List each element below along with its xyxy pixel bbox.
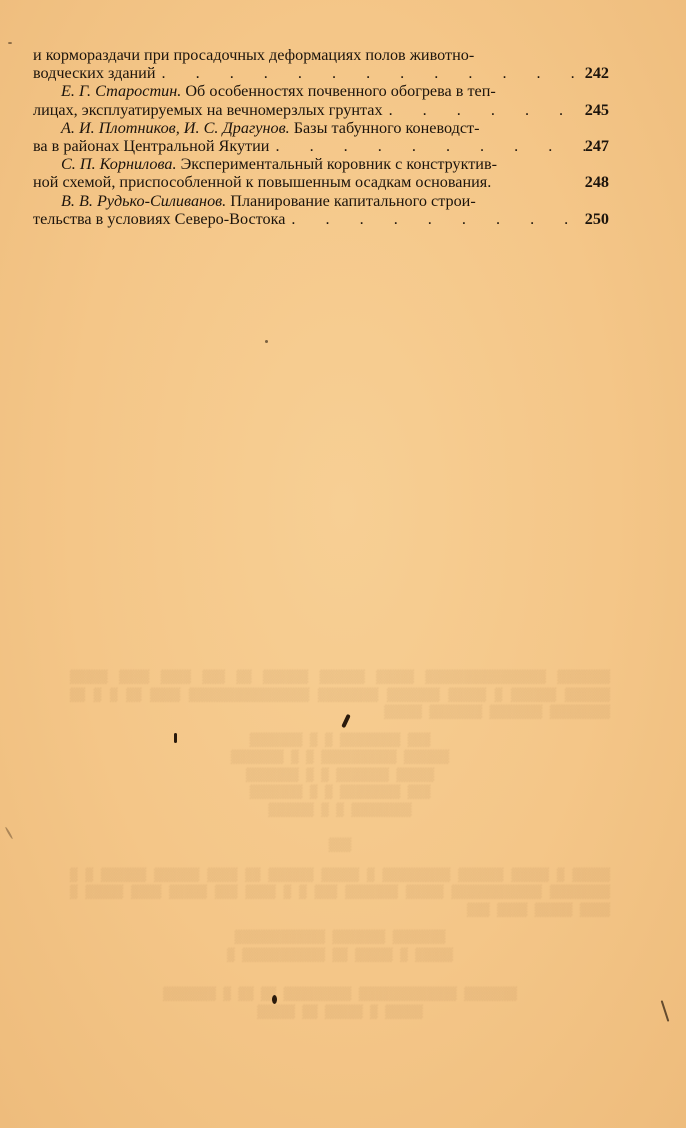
bleed-imprint: ▒▒▒▒▒ ▒ ▒▒▒▒▒ ▒▒▒▒▒▒ ▒▒▒▒▒▒▒▒▒ ▒ ▒▒▒▒▒ ▒… (70, 866, 610, 919)
author-name: В. В. Рудько-Силиванов. (61, 192, 226, 210)
dot-leader: . . . . . . . . . . . . . . . . . . . . … (156, 64, 585, 82)
dot-leader: . . . . . . . . . . . . . . . . . . . . … (383, 101, 585, 119)
toc-entry: А. И. Плотников, И. С. Драгунов. Базы та… (33, 119, 609, 155)
toc-text: ва в районах Центральной Якутии (33, 137, 269, 155)
dot-leader: . . . . . . . . . . . . . . . . . . . . … (269, 137, 584, 155)
toc-entry: и кормораздачи при просадочных деформаци… (33, 46, 609, 82)
page-number: 248 (585, 173, 609, 191)
toc-line: ва в районах Центральной Якутии . . . . … (33, 137, 609, 155)
bleed-paragraph: ▒▒▒▒▒▒▒ ▒▒▒▒▒▒▒▒▒▒▒▒▒▒▒▒ ▒▒▒▒▒ ▒▒▒▒▒▒ ▒▒… (70, 668, 610, 721)
toc-text: Экспериментальный коровник с конструктив… (181, 155, 497, 173)
toc-line: В. В. Рудько-Силиванов. Планирование кап… (33, 192, 609, 210)
toc-text: ной схемой, приспособленной к повышенным… (33, 173, 491, 191)
page-number: 245 (585, 101, 609, 119)
toc-text: лицах, эксплуатируемых на вечномерзлых г… (33, 101, 383, 119)
bleed-credit: ▒▒▒ ▒▒▒▒▒▒▒▒ ▒ ▒ ▒▒▒▒▒▒▒ (70, 731, 610, 749)
toc-text: водческих зданий (33, 64, 156, 82)
toc-line: А. И. Плотников, И. С. Драгунов. Базы та… (33, 119, 609, 137)
toc-text: Планирование капитального строи- (230, 192, 475, 210)
bleed-credit: ▒▒▒▒▒ ▒▒▒▒▒▒▒ ▒ ▒ ▒▒▒▒▒▒▒ (70, 766, 610, 784)
bleed-credit: ▒▒▒▒▒▒▒▒ ▒ ▒ ▒▒▒▒▒▒ (70, 801, 610, 819)
toc-line: ной схемой, приспособленной к повышенным… (33, 173, 609, 191)
toc-text: Базы табунного коневодст- (294, 119, 480, 137)
paper-speck (5, 826, 14, 839)
paper-speck (272, 995, 277, 1004)
paper-speck (8, 42, 12, 44)
toc-text: и кормораздачи при просадочных деформаци… (33, 46, 474, 64)
toc-entry: С. П. Корнилова. Экспериментальный коров… (33, 155, 609, 191)
toc-line: С. П. Корнилова. Экспериментальный коров… (33, 155, 609, 173)
dot-leader: . . . . . . . . . . . . . . . . . . . . … (285, 210, 584, 228)
bleed-printer: ▒▒▒▒▒▒▒ ▒▒▒▒▒▒▒▒▒▒▒▒▒ ▒▒▒▒▒▒▒▒▒ ▒▒ ▒▒ ▒ … (70, 985, 610, 1003)
bleed-credit: ▒▒▒ ▒▒▒▒▒▒▒▒ ▒ ▒ ▒▒▒▒▒▒▒ (70, 783, 610, 801)
bleed-publisher: ▒▒▒▒▒ ▒ ▒▒▒▒▒ ▒▒ ▒▒▒▒▒▒▒▒▒▒▒ ▒ (70, 946, 610, 964)
toc-text: Об особенностях почвенного обогрева в те… (185, 82, 495, 100)
author-name: А. И. Плотников, И. С. Драгунов. (61, 119, 290, 137)
bleed-code: ▒▒▒ (70, 836, 610, 854)
table-of-contents: и кормораздачи при просадочных деформаци… (33, 46, 609, 228)
toc-entry: Е. Г. Старостин. Об особенностях почвенн… (33, 82, 609, 118)
toc-line: водческих зданий . . . . . . . . . . . .… (33, 64, 609, 82)
toc-line: и кормораздачи при просадочных деформаци… (33, 46, 609, 64)
bleed-credit: ▒▒▒▒▒▒ ▒▒▒▒▒▒▒▒▒▒ ▒ ▒ ▒▒▒▒▒▒▒ (70, 748, 610, 766)
bleed-publisher: ▒▒▒▒▒▒▒ ▒▒▒▒▒▒▒ ▒▒▒▒▒▒▒▒▒▒▒▒ (70, 928, 610, 946)
paper-speck (661, 1000, 670, 1022)
toc-line: тельства в условиях Северо-Востока . . .… (33, 210, 609, 228)
paper-speck (265, 340, 268, 343)
page-number: 242 (585, 64, 609, 82)
paper-speck (174, 733, 177, 743)
author-name: Е. Г. Старостин. (61, 82, 181, 100)
toc-entry: В. В. Рудько-Силиванов. Планирование кап… (33, 192, 609, 228)
author-name: С. П. Корнилова. (61, 155, 177, 173)
bleed-printer: ▒▒▒▒▒ ▒ ▒▒▒▒▒ ▒▒ ▒▒▒▒▒ (70, 1003, 610, 1021)
page-number: 250 (585, 210, 609, 228)
toc-line: лицах, эксплуатируемых на вечномерзлых г… (33, 101, 609, 119)
toc-line: Е. Г. Старостин. Об особенностях почвенн… (33, 82, 609, 100)
page-number: 247 (585, 137, 609, 155)
bleed-through-text: ▒▒▒▒▒▒▒ ▒▒▒▒▒▒▒▒▒▒▒▒▒▒▒▒ ▒▒▒▒▒ ▒▒▒▒▒▒ ▒▒… (70, 668, 610, 1020)
toc-text: тельства в условиях Северо-Востока (33, 210, 285, 228)
